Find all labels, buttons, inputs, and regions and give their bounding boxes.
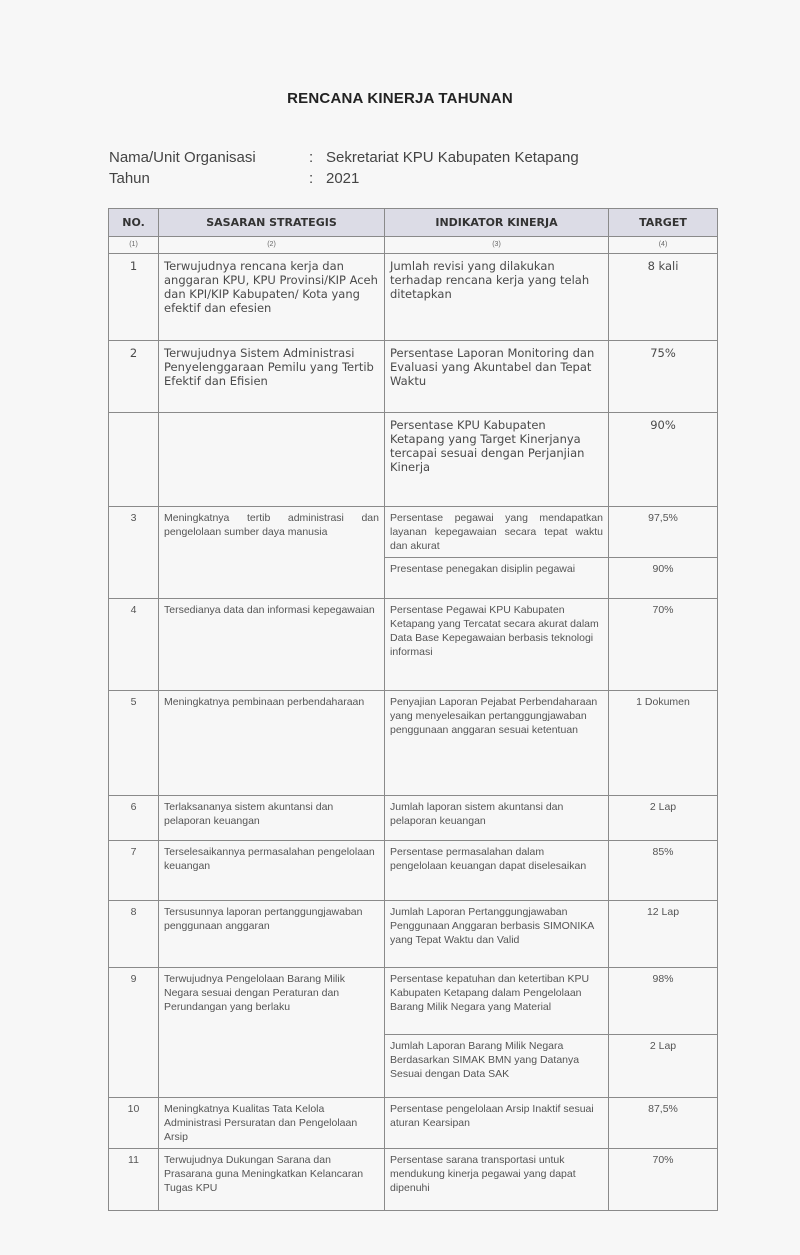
row-indikator: Jumlah revisi yang dilakukan terhadap re… xyxy=(385,254,609,341)
meta-value: Sekretariat KPU Kabupaten Ketapang xyxy=(326,149,579,166)
row-no: 10 xyxy=(109,1098,159,1149)
row-sasaran: Terwujudnya Sistem Administrasi Penyelen… xyxy=(159,341,385,413)
table-row: Persentase KPU Kabupaten Ketapang yang T… xyxy=(109,413,718,507)
row-no xyxy=(109,413,159,507)
meta-label: Nama/Unit Organisasi xyxy=(109,149,256,166)
meta-colon: : xyxy=(309,170,313,187)
row-sasaran: Terlaksananya sistem akuntansi dan pelap… xyxy=(159,796,385,841)
document-title: RENCANA KINERJA TAHUNAN xyxy=(0,90,800,107)
column-number: (3) xyxy=(385,237,609,254)
row-sasaran: Meningkatnya Kualitas Tata Kelola Admini… xyxy=(159,1098,385,1149)
row-sasaran: Meningkatnya pembinaan perbendaharaan xyxy=(159,691,385,796)
row-target: 97,5% xyxy=(609,507,718,558)
row-target: 1 Dokumen xyxy=(609,691,718,796)
table-row: 10 Meningkatnya Kualitas Tata Kelola Adm… xyxy=(109,1098,718,1149)
meta-colon: : xyxy=(309,149,313,166)
row-indikator: Persentase Pegawai KPU Kabupaten Ketapan… xyxy=(385,599,609,691)
table-header-row: NO. SASARAN STRATEGIS INDIKATOR KINERJA … xyxy=(109,209,718,237)
row-indikator: Persentase permasalahan dalam pengelolaa… xyxy=(385,841,609,901)
row-indikator: Persentase KPU Kabupaten Ketapang yang T… xyxy=(385,413,609,507)
header-target: TARGET xyxy=(609,209,718,237)
table-row: 4 Tersedianya data dan informasi kepegaw… xyxy=(109,599,718,691)
row-target: 98% xyxy=(609,968,718,1035)
row-indikator: Penyajian Laporan Pejabat Perbendaharaan… xyxy=(385,691,609,796)
meta-value: 2021 xyxy=(326,170,359,187)
table-row: 5 Meningkatnya pembinaan perbendaharaan … xyxy=(109,691,718,796)
row-target: 87,5% xyxy=(609,1098,718,1149)
table-row: 6 Terlaksananya sistem akuntansi dan pel… xyxy=(109,796,718,841)
row-indikator: Jumlah Laporan Barang Milik Negara Berda… xyxy=(385,1035,609,1098)
meta-label: Tahun xyxy=(109,170,150,187)
table-row: 8 Tersusunnya laporan pertanggungjawaban… xyxy=(109,901,718,968)
row-sasaran: Tersedianya data dan informasi kepegawai… xyxy=(159,599,385,691)
row-indikator: Jumlah laporan sistem akuntansi dan pela… xyxy=(385,796,609,841)
header-sasaran: SASARAN STRATEGIS xyxy=(159,209,385,237)
row-no: 8 xyxy=(109,901,159,968)
column-number-row: (1) (2) (3) (4) xyxy=(109,237,718,254)
row-indikator: Persentase pengelolaan Arsip Inaktif ses… xyxy=(385,1098,609,1149)
row-no: 6 xyxy=(109,796,159,841)
row-indikator: Persentase pegawai yang mendapatkan laya… xyxy=(385,507,609,558)
row-sasaran: Terwujudnya Dukungan Sarana dan Prasaran… xyxy=(159,1149,385,1211)
table-row: 1 Terwujudnya rencana kerja dan anggaran… xyxy=(109,254,718,341)
table-row: 3 Meningkatnya tertib administrasi dan p… xyxy=(109,507,718,558)
column-number: (2) xyxy=(159,237,385,254)
row-no: 3 xyxy=(109,507,159,599)
performance-table: NO. SASARAN STRATEGIS INDIKATOR KINERJA … xyxy=(108,208,718,1211)
row-target: 70% xyxy=(609,599,718,691)
row-indikator: Persentase sarana transportasi untuk men… xyxy=(385,1149,609,1211)
row-indikator: Presentase penegakan disiplin pegawai xyxy=(385,558,609,599)
table-row: 7 Terselesaikannya permasalahan pengelol… xyxy=(109,841,718,901)
row-indikator: Persentase kepatuhan dan ketertiban KPU … xyxy=(385,968,609,1035)
row-no: 7 xyxy=(109,841,159,901)
row-indikator: Persentase Laporan Monitoring dan Evalua… xyxy=(385,341,609,413)
row-target: 2 Lap xyxy=(609,1035,718,1098)
header-indikator: INDIKATOR KINERJA xyxy=(385,209,609,237)
row-target: 70% xyxy=(609,1149,718,1211)
row-target: 90% xyxy=(609,413,718,507)
row-no: 4 xyxy=(109,599,159,691)
row-indikator: Jumlah Laporan Pertanggungjawaban Penggu… xyxy=(385,901,609,968)
row-no: 5 xyxy=(109,691,159,796)
row-no: 2 xyxy=(109,341,159,413)
row-sasaran: Terwujudnya Pengelolaan Barang Milik Neg… xyxy=(159,968,385,1098)
row-sasaran: Tersusunnya laporan pertanggungjawaban p… xyxy=(159,901,385,968)
row-no: 1 xyxy=(109,254,159,341)
row-target: 85% xyxy=(609,841,718,901)
row-target: 2 Lap xyxy=(609,796,718,841)
row-no: 11 xyxy=(109,1149,159,1211)
column-number: (4) xyxy=(609,237,718,254)
row-sasaran: Terselesaikannya permasalahan pengelolaa… xyxy=(159,841,385,901)
row-sasaran: Meningkatnya tertib administrasi dan pen… xyxy=(159,507,385,599)
row-target: 12 Lap xyxy=(609,901,718,968)
table-row: 11 Terwujudnya Dukungan Sarana dan Prasa… xyxy=(109,1149,718,1211)
header-no: NO. xyxy=(109,209,159,237)
row-no: 9 xyxy=(109,968,159,1098)
table-row: 9 Terwujudnya Pengelolaan Barang Milik N… xyxy=(109,968,718,1035)
row-target: 90% xyxy=(609,558,718,599)
row-target: 75% xyxy=(609,341,718,413)
column-number: (1) xyxy=(109,237,159,254)
row-sasaran xyxy=(159,413,385,507)
row-sasaran: Terwujudnya rencana kerja dan anggaran K… xyxy=(159,254,385,341)
table-row: 2 Terwujudnya Sistem Administrasi Penyel… xyxy=(109,341,718,413)
row-target: 8 kali xyxy=(609,254,718,341)
